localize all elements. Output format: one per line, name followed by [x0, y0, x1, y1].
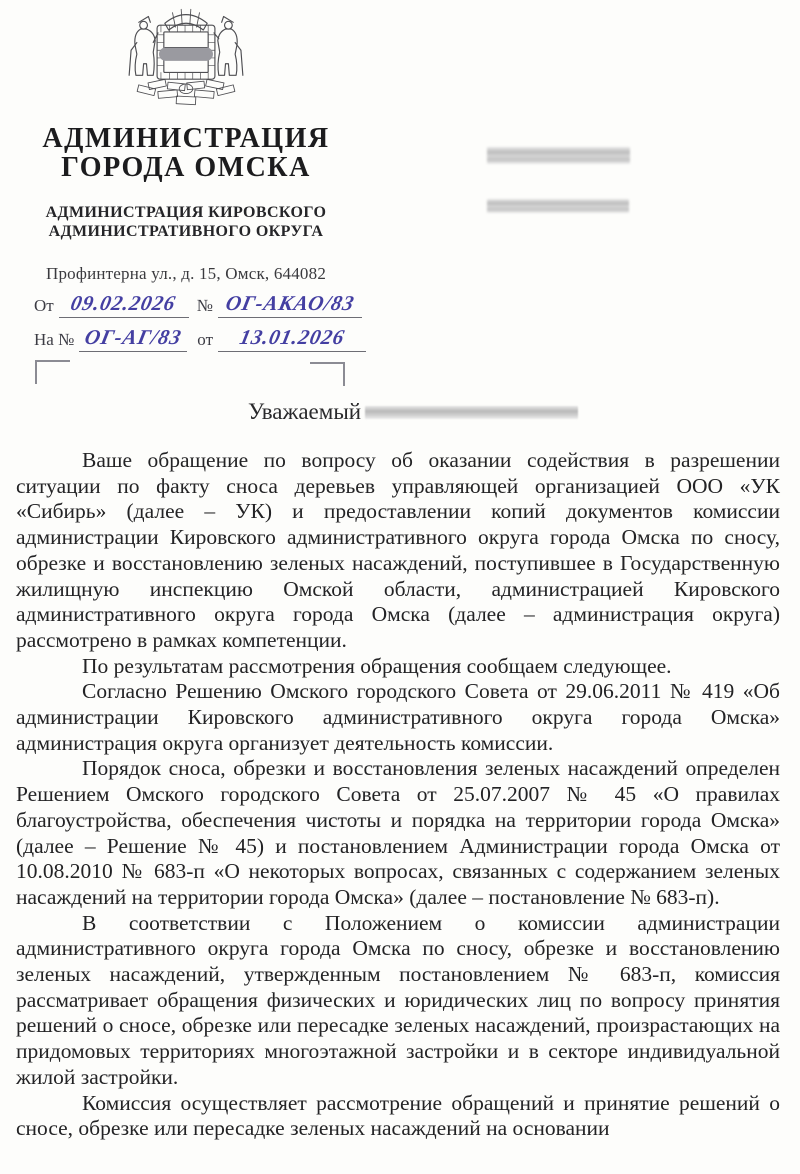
org-title: АДМИНИСТРАЦИЯ ГОРОДА ОМСКА — [16, 124, 356, 182]
number-label: № — [189, 296, 218, 318]
omsk-coat-of-arms-icon — [111, 4, 261, 110]
org-address: Профинтерна ул., д. 15, Омск, 644082 — [16, 264, 356, 284]
body-paragraph: Порядок сноса, обрезки и восстановления … — [16, 756, 780, 910]
redaction-bar — [487, 147, 630, 164]
body-paragraph: Комиссия осуществляет рассмотрение обращ… — [16, 1091, 780, 1142]
org-subtitle: АДМИНИСТРАЦИЯ КИРОВСКОГО АДМИНИСТРАТИВНО… — [16, 203, 356, 241]
body-paragraph: В соответствии с Положением о комиссии а… — [16, 911, 780, 1091]
address-window-corner-right — [310, 362, 345, 386]
outgoing-number-field: ОГ-АКАО/83 — [218, 291, 362, 318]
incoming-number-handwriting: ОГ-АГ/83 — [82, 325, 184, 350]
outgoing-reference-row: От 09.02.2026 № ОГ-АКАО/83 — [34, 291, 356, 318]
incoming-date-handwriting: 13.01.2026 — [237, 325, 347, 350]
org-title-line1: АДМИНИСТРАЦИЯ — [42, 123, 329, 154]
letter-body: Ваше обращение по вопросу об оказании со… — [16, 448, 780, 1142]
salutation-line: Уважаемый — [248, 399, 578, 425]
redaction-bar — [487, 199, 629, 213]
incoming-date-field: 13.01.2026 — [218, 325, 366, 352]
redacted-name-bar — [365, 406, 578, 419]
outgoing-date-field: 09.02.2026 — [59, 291, 189, 318]
reply-to-label: На № — [34, 330, 79, 352]
salutation-greeting: Уважаемый — [248, 399, 361, 424]
outgoing-date-handwriting: 09.02.2026 — [69, 291, 179, 316]
org-subtitle-line2: АДМИНИСТРАТИВНОГО ОКРУГА — [49, 223, 324, 240]
body-paragraph: Ваше обращение по вопросу об оказании со… — [16, 448, 780, 654]
letterhead: АДМИНИСТРАЦИЯ ГОРОДА ОМСКА АДМИНИСТРАЦИЯ… — [16, 4, 356, 352]
incoming-reference-row: На № ОГ-АГ/83 от 13.01.2026 — [34, 325, 356, 352]
body-paragraph: Согласно Решению Омского городского Сове… — [16, 679, 780, 756]
org-title-line2: ГОРОДА ОМСКА — [61, 152, 311, 183]
org-subtitle-line1: АДМИНИСТРАЦИЯ КИРОВСКОГО — [46, 204, 327, 221]
reference-block: От 09.02.2026 № ОГ-АКАО/83 На № ОГ-АГ/83… — [34, 291, 356, 352]
address-window-corner-left — [35, 360, 70, 384]
reply-date-label: от — [187, 330, 218, 352]
body-paragraph: По результатам рассмотрения обращения со… — [16, 654, 780, 680]
from-label: От — [34, 296, 59, 318]
scanned-letter-page: АДМИНИСТРАЦИЯ ГОРОДА ОМСКА АДМИНИСТРАЦИЯ… — [0, 0, 800, 1174]
outgoing-number-handwriting: ОГ-АКАО/83 — [223, 291, 357, 316]
incoming-number-field: ОГ-АГ/83 — [79, 325, 187, 352]
